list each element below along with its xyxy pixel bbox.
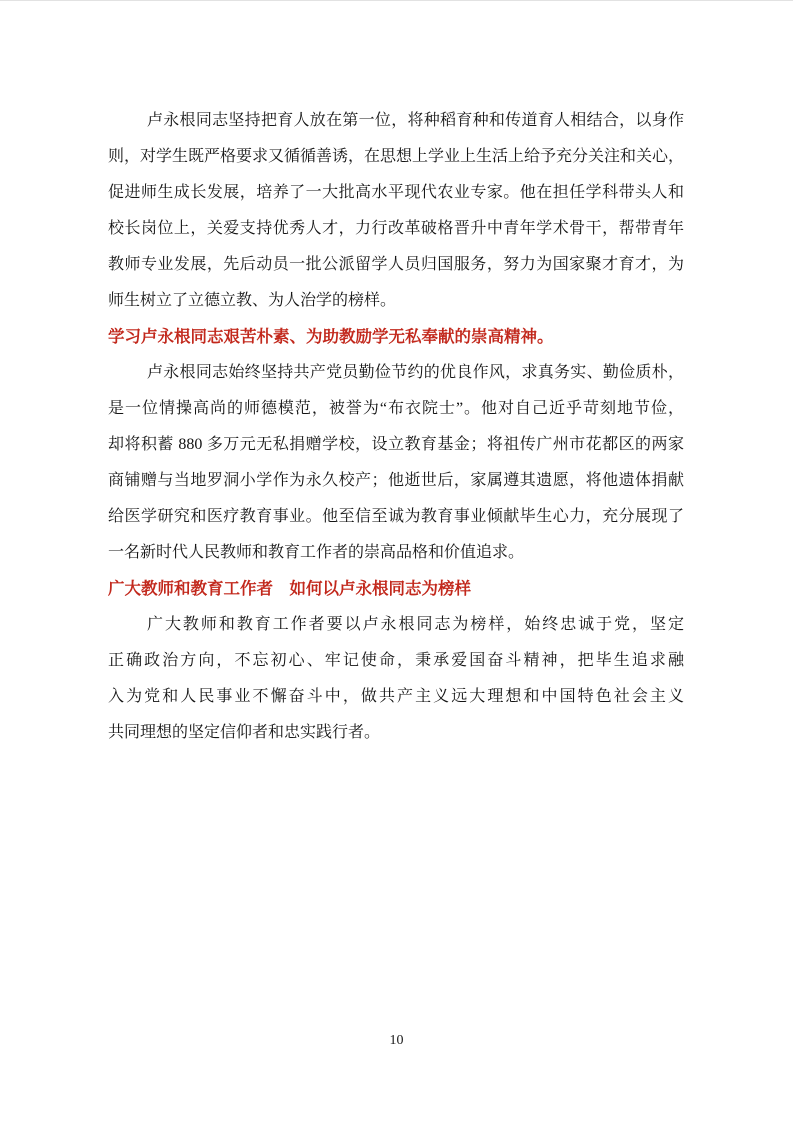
text-line: 是一位情操高尚的师德模范，被誉为“布衣院士”。他对自己近乎苛刻地节俭， (108, 391, 684, 427)
text-line: 则，对学生既严格要求又循循善诱，在思想上学业上生活上给予充分关注和关心， (108, 139, 684, 175)
text-line: 商铺赠与当地罗洞小学作为永久校产；他逝世后，家属遵其遗愿，将他遗体捐献 (108, 463, 684, 499)
body-paragraph: 卢永根同志坚持把育人放在第一位，将种稻育种和传道育人相结合，以身作则，对学生既严… (108, 103, 684, 319)
text-line: 广大教师和教育工作者要以卢永根同志为榜样，始终忠诚于党，坚定 (108, 607, 684, 643)
text-line: 促进师生成长发展，培养了一大批高水平现代农业专家。他在担任学科带头人和 (108, 175, 684, 211)
section-heading: 广大教师和教育工作者 如何以卢永根同志为榜样 (108, 571, 684, 607)
page-number: 10 (390, 1033, 404, 1048)
text-line: 教师专业发展，先后动员一批公派留学人员归国服务，努力为国家聚才育才，为 (108, 247, 684, 283)
text-line: 卢永根同志始终坚持共产党员勤俭节约的优良作风，求真务实、勤俭质朴， (108, 355, 684, 391)
text-line: 入为党和人民事业不懈奋斗中，做共产主义远大理想和中国特色社会主义 (108, 679, 684, 715)
page-footer: 10 (0, 1031, 793, 1050)
body-paragraph: 卢永根同志始终坚持共产党员勤俭节约的优良作风，求真务实、勤俭质朴，是一位情操高尚… (108, 355, 684, 571)
section-heading: 学习卢永根同志艰苦朴素、为助教励学无私奉献的崇高精神。 (108, 319, 684, 355)
document-body: 卢永根同志坚持把育人放在第一位，将种稻育种和传道育人相结合，以身作则，对学生既严… (108, 103, 684, 751)
document-page: 卢永根同志坚持把育人放在第一位，将种稻育种和传道育人相结合，以身作则，对学生既严… (0, 0, 793, 1122)
text-line: 共同理想的坚定信仰者和忠实践行者。 (108, 715, 684, 751)
text-line: 卢永根同志坚持把育人放在第一位，将种稻育种和传道育人相结合，以身作 (108, 103, 684, 139)
body-paragraph: 广大教师和教育工作者要以卢永根同志为榜样，始终忠诚于党，坚定正确政治方向，不忘初… (108, 607, 684, 751)
text-line: 校长岗位上，关爱支持优秀人才，力行改革破格晋升中青年学术骨干，帮带青年 (108, 211, 684, 247)
text-line: 一名新时代人民教师和教育工作者的崇高品格和价值追求。 (108, 535, 684, 571)
text-line: 却将积蓄 880 多万元无私捐赠学校，设立教育基金；将祖传广州市花都区的两家 (108, 427, 684, 463)
text-line: 给医学研究和医疗教育事业。他至信至诚为教育事业倾献毕生心力，充分展现了 (108, 499, 684, 535)
text-line: 师生树立了立德立教、为人治学的榜样。 (108, 283, 684, 319)
text-line: 正确政治方向，不忘初心、牢记使命，秉承爱国奋斗精神，把毕生追求融 (108, 643, 684, 679)
